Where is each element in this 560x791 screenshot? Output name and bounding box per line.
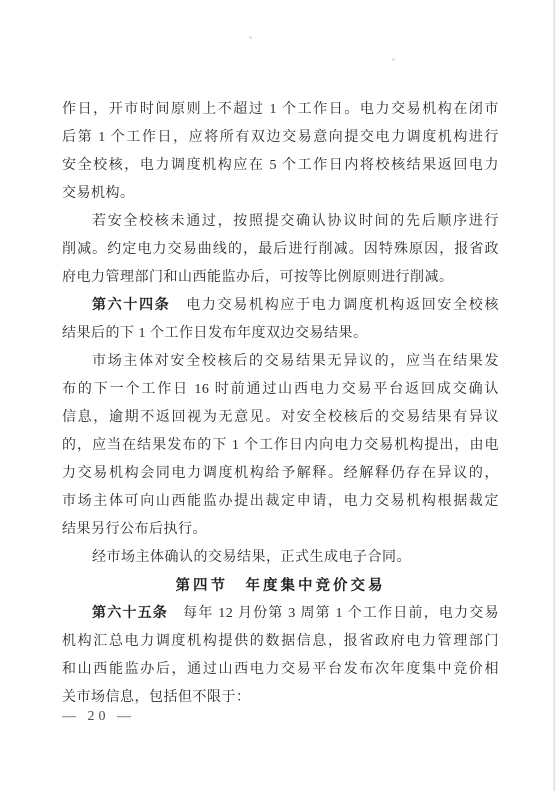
text-line: 布的下一个工作日 16 时前通过山西电力交易平台返回成交确认: [62, 376, 499, 404]
text-line: 作日，开市时间原则上不超过 1 个工作日。电力交易机构在闭市: [62, 96, 499, 124]
text-segment: 力交易机构会同电力调度机构给予解释。经解释仍存在异议的，: [62, 466, 499, 481]
text-line: 的，应当在结果发布的下 1 个工作日内向电力交易机构提出，由电: [62, 432, 499, 460]
text-line: 交易机构。: [62, 180, 499, 208]
text-segment: 削减。约定电力交易曲线的，最后进行削减。因特殊原因，报省政: [62, 242, 499, 257]
text-line: 结果后的下 1 个工作日发布年度双边交易结果。: [62, 320, 499, 348]
text-line: 结果另行公布后执行。: [62, 516, 499, 544]
text-line: 安全校核，电力调度机构应在 5 个工作日内将校核结果返回电力: [62, 152, 499, 180]
text-line: 和山西能监办后，通过山西电力交易平台发布次年度集中竞价相: [62, 656, 499, 684]
scan-speck: [249, 36, 252, 39]
text-line: 机构汇总电力调度机构提供的数据信息，报省政府电力管理部门: [62, 628, 499, 656]
text-line: 若安全校核未通过，按照提交确认协议时间的先后顺序进行: [62, 208, 499, 236]
text-segment: 交易机构。: [62, 186, 135, 201]
text-segment: 每年 12 月份第 3 周第 1 个工作日前，电力交易: [168, 606, 499, 621]
text-segment: 结果后的下 1 个工作日发布年度双边交易结果。: [62, 326, 368, 341]
text-line: 第六十五条 每年 12 月份第 3 周第 1 个工作日前，电力交易: [62, 600, 499, 628]
text-lines: 作日，开市时间原则上不超过 1 个工作日。电力交易机构在闭市后第 1 个工作日，…: [62, 96, 499, 712]
text-line: 信息，逾期不返回视为无意见。对安全校核后的交易结果有异议: [62, 404, 499, 432]
document-page: 作日，开市时间原则上不超过 1 个工作日。电力交易机构在闭市后第 1 个工作日，…: [0, 0, 560, 791]
text-segment: 经市场主体确认的交易结果，正式生成电子合同。: [92, 550, 411, 565]
text-segment: 府电力管理部门和山西能监办后，可按等比例原则进行削减。: [62, 270, 454, 285]
page-number: — 20 —: [62, 707, 135, 727]
text-line: 市场主体对安全校核后的交易结果无异议的，应当在结果发: [62, 348, 499, 376]
text-segment: 作日，开市时间原则上不超过 1 个工作日。电力交易机构在闭市: [62, 102, 499, 117]
text-segment: 第六十四条: [92, 298, 171, 313]
text-segment: 安全校核，电力调度机构应在 5 个工作日内将校核结果返回电力: [62, 158, 499, 173]
text-line: 市场主体可向山西能监办提出裁定申请，电力交易机构根据裁定: [62, 488, 499, 516]
text-segment: 信息，逾期不返回视为无意见。对安全校核后的交易结果有异议: [62, 410, 499, 425]
text-segment: 年度集中竞价交易: [228, 578, 386, 594]
text-segment: 第六十五条: [92, 606, 168, 621]
text-line: 第六十四条 电力交易机构应于电力调度机构返回安全校核: [62, 292, 499, 320]
text-segment: 后第 1 个工作日，应将所有双边交易意向提交电力调度机构进行: [62, 130, 499, 145]
text-segment: 第四节: [176, 578, 229, 594]
text-segment: 若安全校核未通过，按照提交确认协议时间的先后顺序进行: [92, 214, 499, 229]
scan-speck: [392, 58, 395, 61]
text-line: 第四节 年度集中竞价交易: [62, 572, 499, 600]
text-line: 力交易机构会同电力调度机构给予解释。经解释仍存在异议的，: [62, 460, 499, 488]
text-line: 府电力管理部门和山西能监办后，可按等比例原则进行削减。: [62, 264, 499, 292]
text-line: 削减。约定电力交易曲线的，最后进行削减。因特殊原因，报省政: [62, 236, 499, 264]
text-segment: 的，应当在结果发布的下 1 个工作日内向电力交易机构提出，由电: [62, 438, 499, 453]
text-line: 后第 1 个工作日，应将所有双边交易意向提交电力调度机构进行: [62, 124, 499, 152]
text-segment: 机构汇总电力调度机构提供的数据信息，报省政府电力管理部门: [62, 634, 499, 649]
text-line: 经市场主体确认的交易结果，正式生成电子合同。: [62, 544, 499, 572]
text-segment: 布的下一个工作日 16 时前通过山西电力交易平台返回成交确认: [62, 382, 499, 397]
text-segment: 市场主体对安全校核后的交易结果无异议的，应当在结果发: [92, 354, 499, 369]
text-segment: 电力交易机构应于电力调度机构返回安全校核: [171, 298, 500, 313]
text-segment: 和山西能监办后，通过山西电力交易平台发布次年度集中竞价相: [62, 662, 499, 677]
text-segment: 市场主体可向山西能监办提出裁定申请，电力交易机构根据裁定: [62, 494, 499, 509]
scan-edge-shadow: [553, 0, 555, 791]
text-segment: 结果另行公布后执行。: [62, 522, 207, 537]
text-segment: 关市场信息，包括但不限于：: [62, 690, 251, 705]
